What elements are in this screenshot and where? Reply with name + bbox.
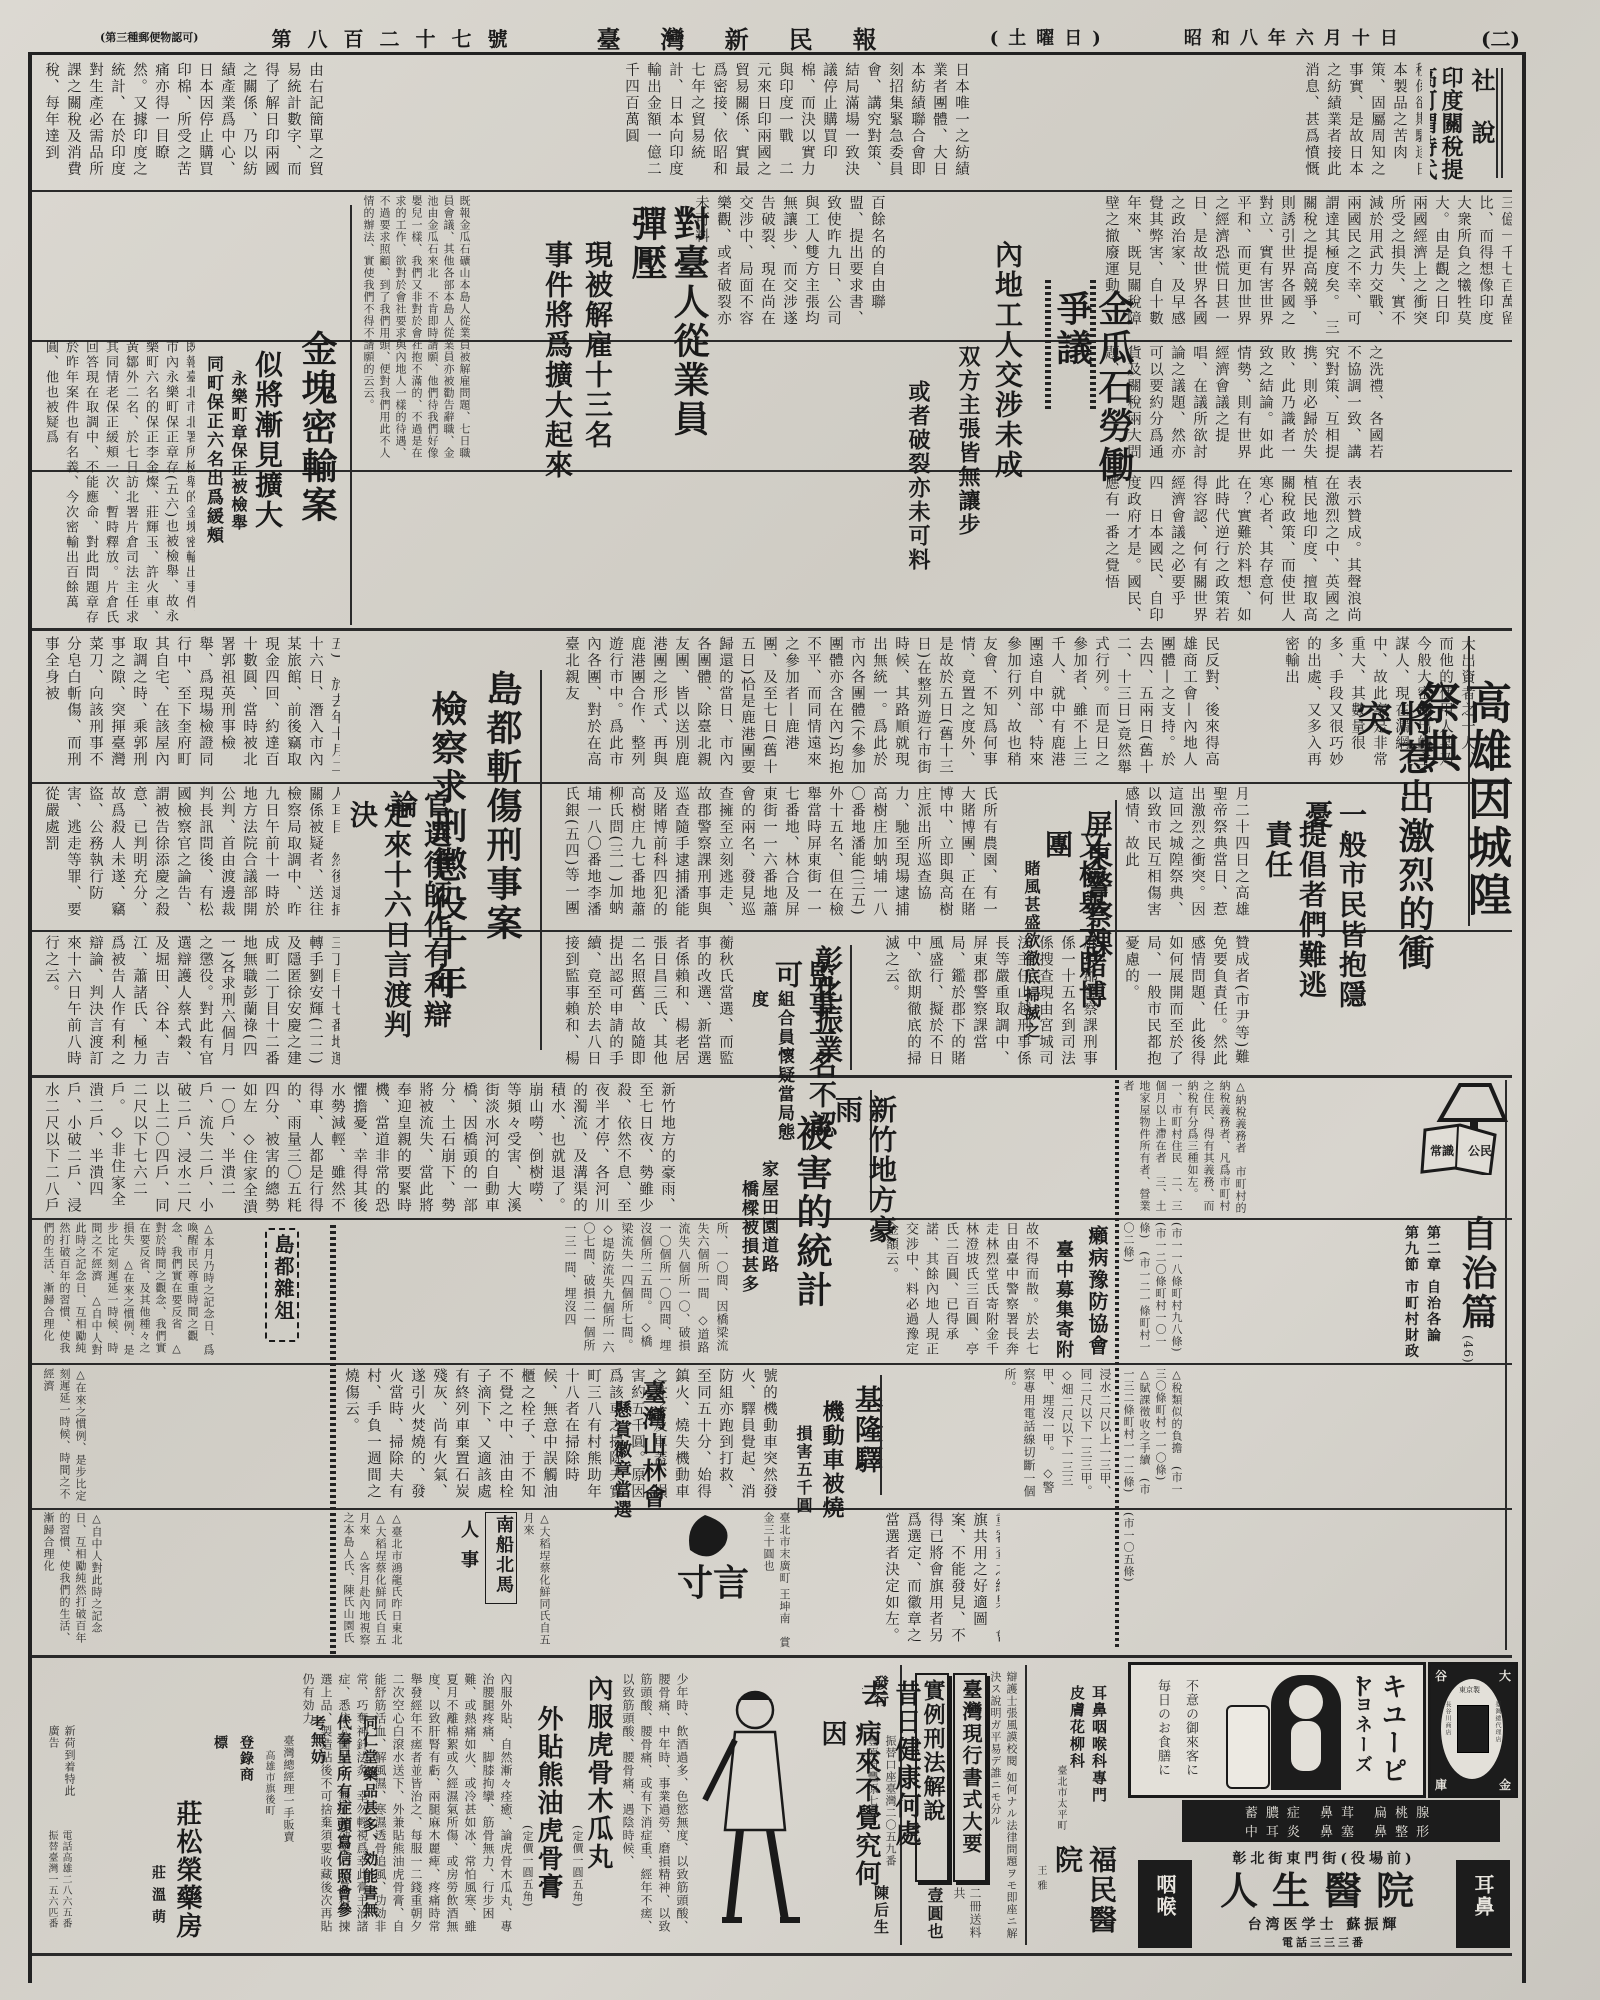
divider: [32, 1953, 1512, 1956]
personnel-body-2: △大稻埕蔡化鮮同氏自五月來: [520, 1512, 660, 1652]
subhead-employees-2: 事件將爲擴大起來: [540, 240, 574, 530]
column-divider: [880, 1375, 882, 1495]
headline-gold-smuggle: 金塊密輸案: [295, 330, 337, 530]
subhead-gold-smuggle-1: 似將漸見擴大: [250, 350, 284, 550]
page-number: (二): [1481, 23, 1520, 52]
hsinchu-rain-items-2: ◇埤圳流失二個所二〇間、破損二個所九間。 ◇水田流失一五甲、砂入三二甲、埋沒二甲…: [1000, 1368, 1115, 1506]
leprosy-body: 臺灣癩病豫防協會起人、決以一萬圓團法人基金、臺中分配二千圓、如既去二日在臺中州會…: [880, 1222, 1045, 1360]
clinic-center: 彰北街東門街(役場前) 人生醫院 台湾医学士 蘇振輝 電話三三三番: [1198, 1844, 1450, 1948]
clinic-specialties: 蓄膿症 鼻茸 扁桃腺 中耳炎 鼻塞 鼻整形: [1182, 1800, 1500, 1842]
issue-number: 第八百二十七號: [272, 23, 524, 52]
ad-safe: 大 谷 金 庫 東京製 臺灣總代理店 長谷川商店: [1428, 1662, 1518, 1798]
lukang-body: 友會、不知爲何事情、竟置之度外、是故於五日(舊十三日)在整列遊行市街時候、其路順…: [560, 636, 1000, 778]
medicine-store: 莊松榮藥房: [170, 1800, 204, 1950]
kaohsiung-body-2: 會、感情極端惡化、料於來舊曆六月二十四日之高雄聖帝祭典當日、惹出激烈之衝突。因這…: [1120, 786, 1250, 926]
editorial-column-2: 三億一千七百萬留比、而得想像印度大衆所負之犧牲莫大。由是觀之日印兩國經濟上之衝突…: [1100, 195, 1512, 337]
autonomy-body-1: △納稅義務者 市町村的納稅義務者、凡爲市町村之住民、得有其義務、而納稅有分爲三種…: [1120, 1080, 1400, 1215]
personnel-sub: 南船北馬: [486, 1513, 520, 1597]
headline-keelung: 基隆驛: [850, 1385, 884, 1515]
trade-stats-column: 由右記簡單之貿易統計數字、而得了解日印兩國之關係、乃以紡績產業爲中心、日本因停止…: [40, 62, 616, 187]
column-divider: [350, 205, 352, 625]
gamble-body: 氏所有農園、有一大賭博團、正在賭博中、立即與高樹庄派出所巡查協力、馳至現場逮捕高…: [560, 786, 1000, 926]
masthead: (第三種郵便物認可) 第八百二十七號 臺灣新民報 (土曜日) 昭和八年六月十日 …: [100, 20, 1520, 54]
safe-icon: [1457, 1705, 1489, 1753]
subhead-hsinchu-rain-3: 橋樑被損甚多: [735, 1180, 761, 1320]
lamp-book-illustration-icon: 公民 常識: [1420, 1080, 1510, 1175]
forestry-body: 臺灣山林會、欲表象同會之特徵起見、以懸賞募集會員徽章及會旗共用之圖案、應募數已突…: [880, 1512, 1000, 1652]
taipei-case-body-1: 新竹州竹東郡北埔庄二九二前科二犯無職徐添慶(二五)、於去年十月二十六日、潛入市內…: [40, 636, 340, 778]
kewpie-copy-1: 不意の御來客に: [1181, 1679, 1199, 1789]
editorial-column-1: 印度政府於去六日、對於非英國製之綿製品公布提高關稅、例如對灰色平織綿布、提高從量…: [1300, 62, 1422, 187]
ad-clinic: 蓄膿症 鼻茸 扁桃腺 中耳炎 鼻塞 鼻整形 咽喉 耳鼻 彰北街東門街(役場前) …: [1138, 1800, 1510, 1948]
subhead-forestry: 懸賞徽章當選: [608, 1400, 634, 1530]
svg-text:公民: 公民: [1468, 1144, 1492, 1158]
gazette-title: 島都雜俎: [267, 1230, 299, 1326]
editorial-header: 社說 印度關稅提高可謂時代逆行: [1430, 62, 1512, 187]
fumin-name: 福民醫院: [1050, 1845, 1118, 1950]
subhead-keelung-1: 機動車被燒: [815, 1400, 849, 1530]
gazette-body-1: △本月乃時之記念日、爲喚醒市民尊重時間之觀念、我們實在要反省 △對於時間之觀念、…: [40, 1222, 260, 1360]
headline-gold-melon: 金瓜石勞働爭議: [1050, 290, 1134, 490]
gazette-title-box: 島都雜俎: [265, 1228, 299, 1342]
postal-note: (第三種郵便物認可): [100, 29, 198, 45]
kaohsiung-body-3: 市者非難提倡者與贊成者(市尹等)難免要負責任。然此感情問題、此後得如何展開而至於…: [1120, 935, 1250, 1073]
ad-kewpie: キユーピー マヨネーズ 不意の御來客に 毎日のお食膳に: [1128, 1662, 1426, 1798]
personnel-body: △臺北市鴻龍氏昨日東北 △大稻埕蔡化鮮同氏自五月來 △客月赴內地視察之本島人氏、…: [340, 1512, 450, 1652]
divider: [32, 628, 1512, 631]
gazette-body-2: △在來之慣例、是步比定刻遲延一時候、時間之不經濟: [40, 1368, 325, 1506]
medicine-product-2: 外貼熊油虎骨膏: [531, 1705, 565, 1925]
editorial-column-1b: 日本唯一之紡績業者團體、大日本紡績聯合會即刻招集緊急委員會、講究對策、結局滿場一…: [620, 62, 1296, 187]
medicine-product-1: 內服虎骨木瓜丸: [581, 1675, 615, 1895]
hsinchu-rain-body: 新竹地方的豪雨、至七日夜、勢雖少殺、依然不息、至夜半才停、各河川的濁流、及溝渠的…: [40, 1082, 730, 1216]
decorative-divider: [1115, 1080, 1119, 1650]
column-divider: [540, 670, 542, 1050]
ad-medicine: 少年時、飲酒過多、色慾無度、以致筋頭酸、腰骨痛、中年時、事業過勞、磨損精神、以致…: [35, 1665, 695, 1950]
clinic-right-tag: 耳鼻: [1456, 1860, 1510, 1948]
editorial-tag: 社說: [1468, 68, 1494, 172]
autonomy-title: 自治篇: [1455, 1215, 1497, 1345]
taipei-case-body-3: 求刑懲役十個年。又對幫助徐之犯行者、臺北市兒玉町三丁目十七番地運轉手劉安輝(二二…: [40, 935, 340, 1073]
divider: [32, 782, 1512, 784]
personnel-sub-box: 南船北馬: [485, 1512, 517, 1604]
gazette-body-3: △自中人對此時之記念日、互相勵純然打破百年的習慣、使我們的生活、漸歸合理化: [40, 1512, 325, 1652]
autonomy-body-2: (市一一八條町村九八條) (市一二〇條町村一〇一條) (市一二一條町村一〇二條): [1120, 1222, 1390, 1360]
column-divider: [850, 945, 852, 1070]
column-divider: [1025, 1665, 1027, 1945]
headline-forestry: 臺灣山林會: [635, 1380, 669, 1510]
svg-text:寸言: 寸言: [677, 1562, 749, 1604]
divider: [32, 1363, 1512, 1365]
clinic-left-tag: 咽喉: [1138, 1860, 1192, 1948]
subhead-gold-smuggle-2: 永樂町章保正被檢舉: [225, 370, 251, 570]
subhead-gold-smuggle-3: 同町保正六名出爲緩頰: [200, 355, 226, 595]
pingtung-body: 屏東郡警察課刑事係一十五名到司法係搜查現由宮城司法主任山越刑事係長等嚴重取調中、…: [880, 935, 1120, 1073]
weekday: (土曜日): [990, 24, 1111, 50]
subhead-hsinchu-rain-1: 被害的統計: [790, 1115, 832, 1315]
kewpie-copy-2: 毎日のお食膳に: [1153, 1679, 1171, 1789]
editorial-title: 印度關稅提高可謂時代逆行: [1430, 66, 1464, 184]
kaohsiung-body-1: 既報關于高雄市之城隍祭典問題、依一小部分提倡者、發表之當初、就受大部分有自覺的市…: [1002, 636, 1222, 778]
changhua-body: 彰化振業信用組合、於去一月二十四日在彰化座開催定期總會的席上、改選監事全員及補缺…: [560, 935, 740, 1073]
autonomy-body-4: (市一〇五條): [1120, 1512, 1505, 1652]
safe-circle: 東京製 臺灣總代理店 長谷川商店: [1441, 1679, 1503, 1779]
kewpie-product: マヨネーズ: [1349, 1675, 1375, 1785]
gold-smuggle-body: 既報臺北市北署所檢舉的金塊密輸出事件、市內永樂町保正章存(五六)也被檢舉、故永樂…: [40, 340, 195, 625]
editorial-column-4: 表示贊成。其聲浪尚在激烈之中、英國之植民地印度、擅取高關稅政策、而使世人寒心者、…: [1100, 475, 1512, 625]
forestry-winner: 臺北市末廣町 王坤南 賞金三十圓也: [760, 1512, 875, 1652]
subhead-taipei-case-3: 定來十六日言渡判決: [345, 800, 413, 1060]
medicine-headline-2: 病來不覺究何因: [815, 1720, 883, 1910]
headline-leprosy: 癩病豫防協會: [1080, 1225, 1114, 1375]
paper-name: 臺灣新民報: [597, 20, 917, 55]
taipei-case-body-2: 斬一時陷於瀕死之重態事爲島都之斬刑事案、頗聳動世人耳目。然後逮捕關係被疑者、送往…: [40, 786, 340, 926]
ad-fumin: 耳鼻咽喉科專門 皮膚花柳科 臺北市太平町 福民醫院 王 雅: [1030, 1665, 1120, 1950]
kewpie-figure-icon: [1271, 1675, 1341, 1790]
hsinchu-rain-items: ◇輕便軌道破損六個所、一〇間、因橋梁流失六個所一間 ◇道路流失八個所一〇、破損一…: [560, 1222, 730, 1360]
divider: [32, 1655, 1512, 1658]
personnel-title: 人事: [455, 1520, 481, 1580]
gold-melon-body: 既報關於金瓜石礦山勞働爭議之問題、內地人職工三百餘名的自由聯盟、提出要求書、致使…: [690, 195, 890, 337]
divider: [32, 340, 1512, 342]
keelung-body: 昨九日午前二時三十分、擱在基隆驛機關庫前之二〇二號的機動車突然發火、驛員覺起、消…: [340, 1368, 785, 1506]
subhead-gold-melon-1: 內地工人交涉未成: [990, 240, 1024, 530]
divider: [32, 190, 1512, 192]
mayonnaise-jar-icon: [1226, 1705, 1270, 1789]
autonomy-number: (46): [1460, 1335, 1476, 1359]
autonomy-body-3: △稅類似的負擔 (市一三〇條町村一一〇條) △賦課徵收之手續 (市一三二條町村一…: [1120, 1368, 1505, 1506]
issue-date: 昭和八年六月十日: [1184, 24, 1408, 50]
subhead-kaohsiung-3: 提倡者們難逃責任: [1260, 820, 1328, 1020]
headline-hsinchu-rain: 新竹地方豪雨: [830, 1095, 898, 1265]
subhead-leprosy: 臺中募集寄附: [1050, 1240, 1076, 1370]
autonomy-section: 第九節 市町村財政: [1398, 1225, 1424, 1365]
divider: [32, 1508, 1512, 1510]
man-illustration-icon: [700, 1680, 810, 1940]
svg-text:常識: 常識: [1430, 1143, 1454, 1158]
subhead-keelung-2: 損害五千圓: [790, 1425, 816, 1525]
employees-body: 既報金瓜石礦山本島人從業員被解雇問題、七日職員會議、其他各部本島人從業員亦被勸告…: [360, 195, 530, 465]
subhead-employees-1: 現被解雇十三名: [580, 240, 614, 460]
clinic-name: 人生醫院: [1198, 1868, 1450, 1914]
decorative-border: [330, 1225, 336, 1655]
proverb-illustration-icon: 寸言: [665, 1505, 750, 1655]
lawbook-title-1-box: 臺灣現行書式大要: [953, 1673, 987, 1882]
headline-employees: 對臺人從業員彈壓: [625, 205, 709, 475]
headline-taipei-case: 島都斬傷刑事案: [480, 670, 522, 970]
editorial-column-3: 之洗禮、各國若不協調一致、講究對策、互相提携、則必歸於失敗、此乃識者一致之結論。…: [1100, 345, 1512, 467]
subhead-gold-melon-2: 双方主張皆無讓步: [955, 345, 981, 585]
subhead-gold-melon-3: 或者破裂亦未可料: [905, 380, 931, 620]
